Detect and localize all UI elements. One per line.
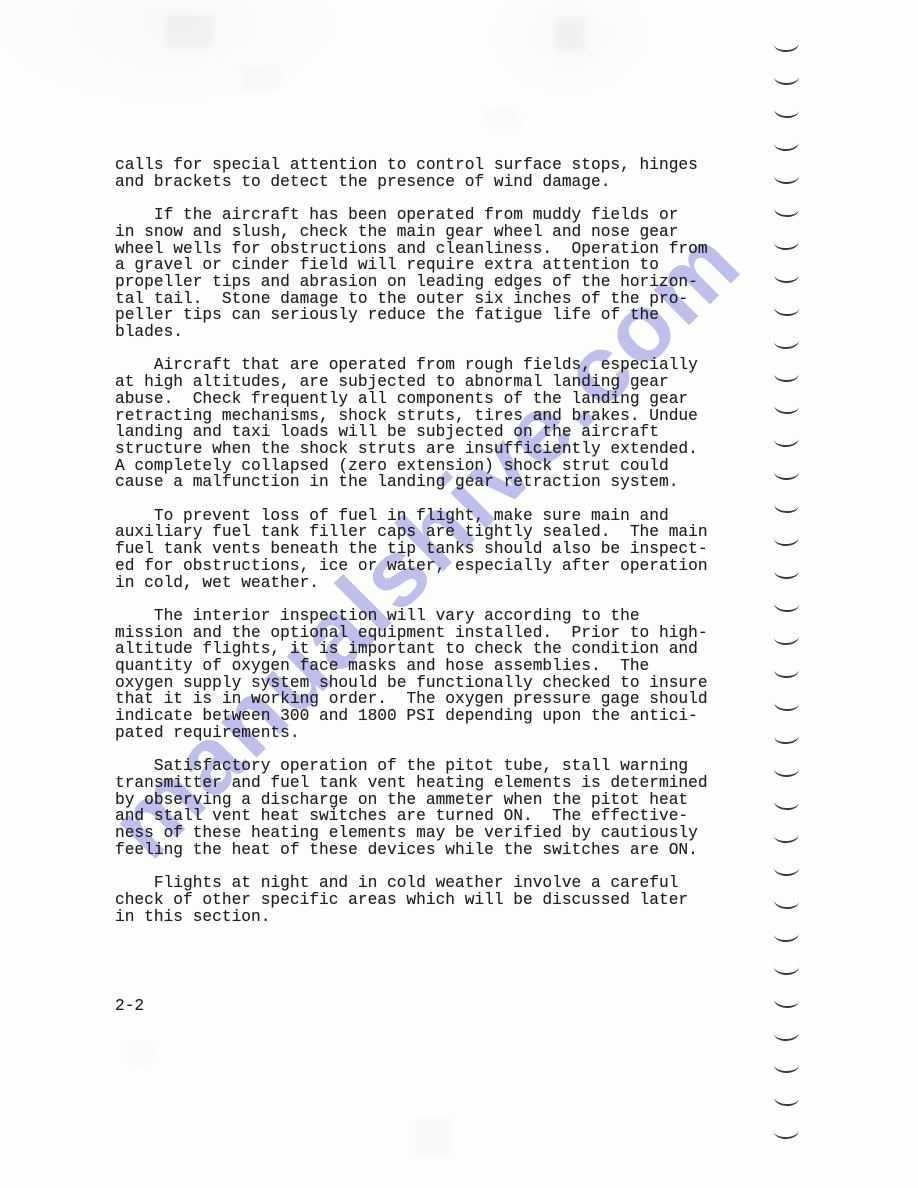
binding-hole-mark xyxy=(774,867,799,876)
binding-hole-mark xyxy=(774,274,799,283)
paragraph-interior-inspection: The interior inspection will vary accord… xyxy=(115,608,715,742)
binding-hole-mark xyxy=(774,207,799,217)
paragraph-pitot-heat: Satisfactory operation of the pitot tube… xyxy=(115,758,715,858)
binding-hole-mark xyxy=(774,800,799,810)
binding-hole-mark xyxy=(774,471,799,480)
scan-smudge xyxy=(485,108,519,128)
binding-hole-mark xyxy=(774,833,799,843)
scan-smudge xyxy=(415,1118,451,1158)
paragraph-rough-fields: Aircraft that are operated from rough fi… xyxy=(115,357,715,491)
binding-hole-mark xyxy=(774,570,799,579)
binding-hole-mark xyxy=(774,42,799,52)
binding-hole-mark xyxy=(774,966,799,975)
scanned-manual-page: manualshive.com calls for special attent… xyxy=(0,0,918,1188)
binding-hole-mark xyxy=(774,734,799,744)
paragraph-night-flights: Flights at night and in cold weather inv… xyxy=(115,875,715,925)
scan-smudge xyxy=(555,18,585,52)
binding-hole-mark xyxy=(774,1097,799,1107)
binding-hole-mark xyxy=(774,76,799,85)
binding-hole-mark xyxy=(774,405,799,415)
binding-hole-mark xyxy=(774,1064,799,1073)
binding-hole-mark xyxy=(774,373,799,382)
binding-hole-mark xyxy=(774,339,799,349)
binding-hole-mark xyxy=(774,701,799,711)
binding-hole-mark xyxy=(774,899,799,909)
binding-hole-mark xyxy=(774,768,799,777)
page-number: 2-2 xyxy=(115,998,144,1015)
binding-hole-mark xyxy=(774,669,799,678)
binding-hole-mark xyxy=(774,537,799,547)
binding-hole-mark xyxy=(774,306,799,316)
paragraph-fuel-vents: To prevent loss of fuel in flight, make … xyxy=(115,508,715,592)
paragraph-muddy-fields: If the aircraft has been operated from m… xyxy=(115,207,715,341)
binding-hole-mark xyxy=(774,636,799,646)
scan-smudge xyxy=(240,66,280,92)
binding-hole-mark xyxy=(774,141,799,151)
binding-hole-mark xyxy=(774,504,799,514)
binding-hole-mark xyxy=(774,1031,799,1041)
binding-hole-mark xyxy=(774,438,799,448)
page-body-text: calls for special attention to control s… xyxy=(115,157,715,925)
scan-smudge xyxy=(165,14,213,48)
binding-hole-mark xyxy=(774,603,799,613)
scan-smudge xyxy=(128,1042,154,1066)
spiral-binding-rail xyxy=(772,0,806,1188)
binding-hole-mark xyxy=(774,932,799,942)
binding-hole-mark xyxy=(774,240,799,250)
binding-hole-mark xyxy=(774,1130,799,1140)
binding-hole-mark xyxy=(774,108,799,118)
paragraph-continuation: calls for special attention to control s… xyxy=(115,157,715,190)
binding-hole-mark xyxy=(774,998,799,1008)
binding-hole-mark xyxy=(774,175,799,184)
